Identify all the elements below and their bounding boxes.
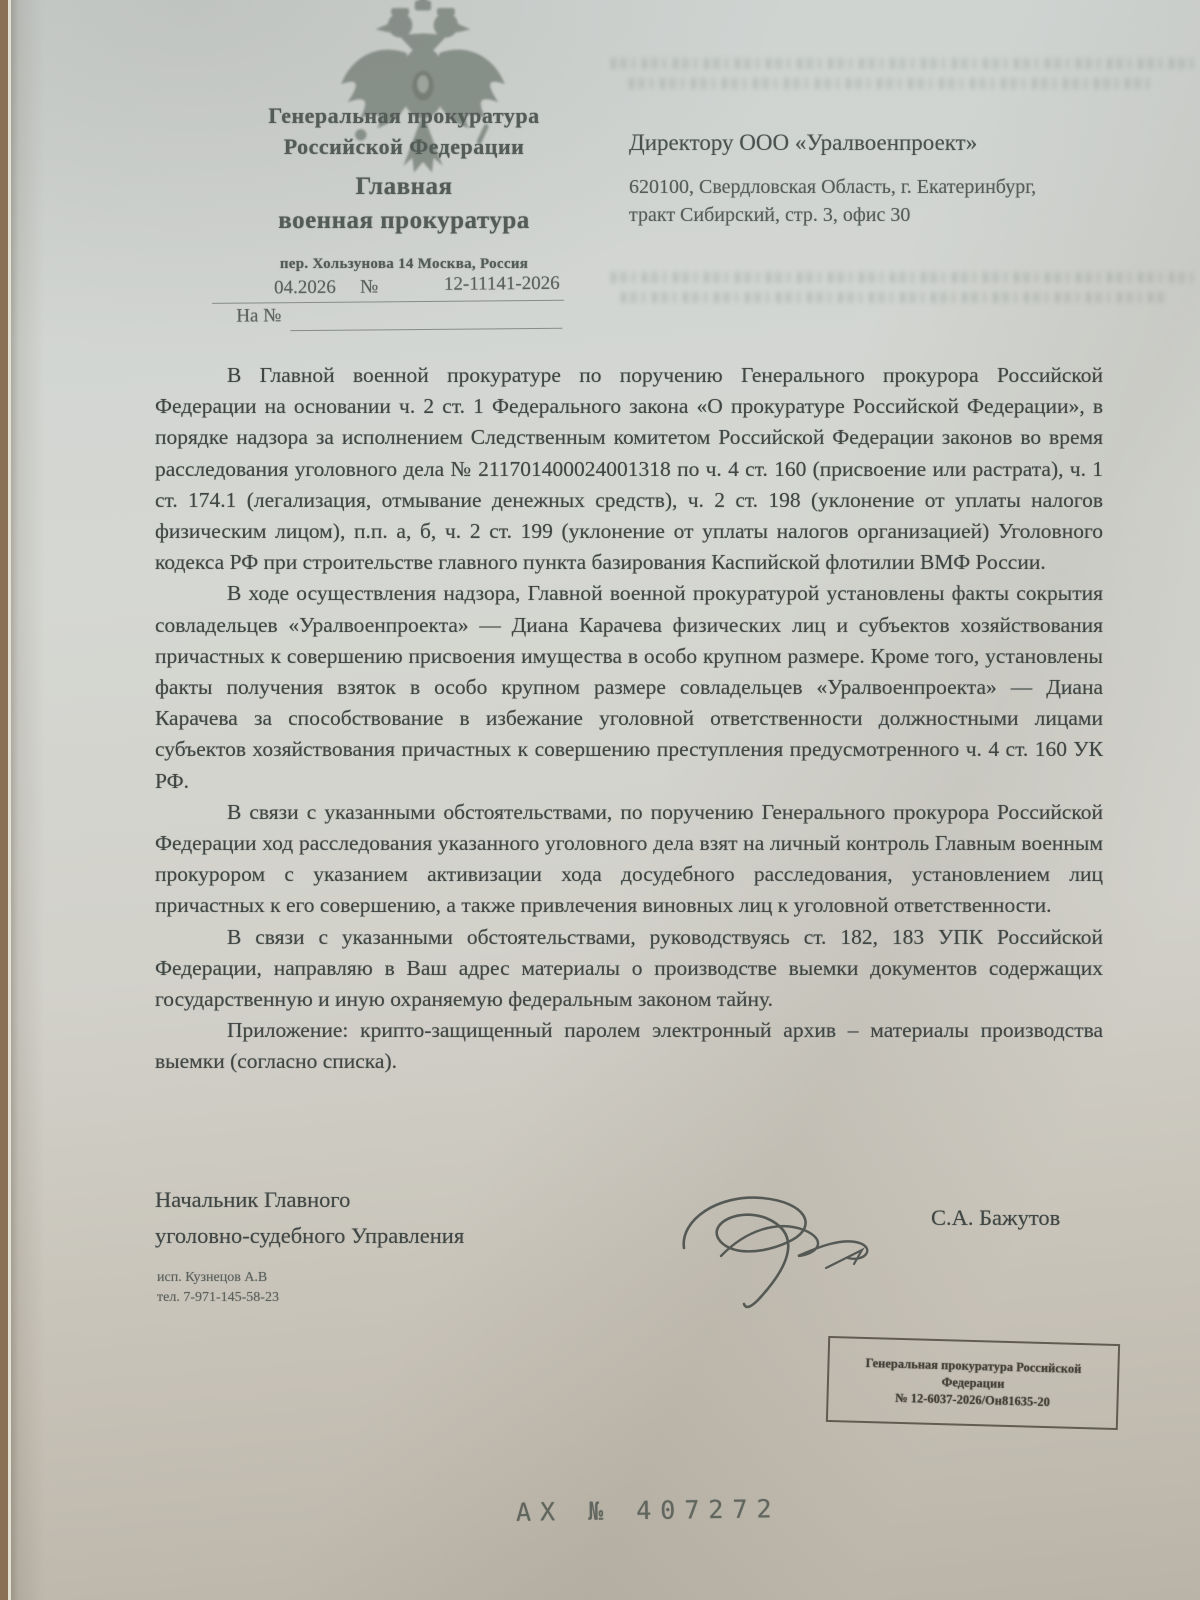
recipient-title: Директору ООО «Уралвоенпроект»	[629, 130, 1109, 156]
scanned-letter-page: Генеральная прокуратура Российской Федер…	[8, 0, 1200, 1600]
paragraph-4: В связи с указанными обстоятельствами, р…	[155, 922, 1103, 1016]
handwritten-signature-icon	[666, 1168, 906, 1318]
signer-position-line2: уголовно-судебного Управления	[155, 1218, 635, 1254]
attachment-note: Приложение: крипто-защищенный паролем эл…	[155, 1015, 1103, 1077]
executor-phone: тел. 7-971-145-58-23	[157, 1288, 279, 1308]
reference-number-block: 04.2026 № 12-11141-2026 На №	[10, 0, 613, 343]
registration-stamp: Генеральная прокуратура Российской Федер…	[826, 1336, 1120, 1430]
executor-block: исп. Кузнецов А.В тел. 7-971-145-58-23	[157, 1268, 279, 1308]
bleed-through-artifact-mid	[611, 272, 1196, 332]
registry-number: АХ № 407272	[516, 1494, 781, 1527]
signer-position-line1: Начальник Главного	[155, 1182, 635, 1218]
reply-ref-label: На №	[236, 305, 281, 327]
letter-body: В Главной военной прокуратуре по поручен…	[155, 360, 1103, 1078]
bleed-through-artifact-top	[611, 58, 1196, 108]
recipient-address-line2: тракт Сибирский, стр. 3, офис 30	[629, 201, 1109, 229]
signer-name: С.А. Бажутов	[931, 1205, 1060, 1231]
paragraph-2: В ходе осуществления надзора, Главной во…	[155, 578, 1103, 796]
reply-ref-underline	[290, 306, 562, 331]
recipient-address-line1: 620100, Свердловская Область, г. Екатери…	[629, 173, 1109, 201]
recipient-block: Директору ООО «Уралвоенпроект» 620100, С…	[629, 130, 1109, 229]
executor-name: исп. Кузнецов А.В	[157, 1268, 279, 1288]
paragraph-3: В связи с указанными обстоятельствами, п…	[155, 797, 1103, 922]
paragraph-1: В Главной военной прокуратуре по поручен…	[155, 360, 1103, 578]
number-underline	[212, 278, 564, 304]
signer-position: Начальник Главного уголовно-судебного Уп…	[155, 1182, 635, 1254]
